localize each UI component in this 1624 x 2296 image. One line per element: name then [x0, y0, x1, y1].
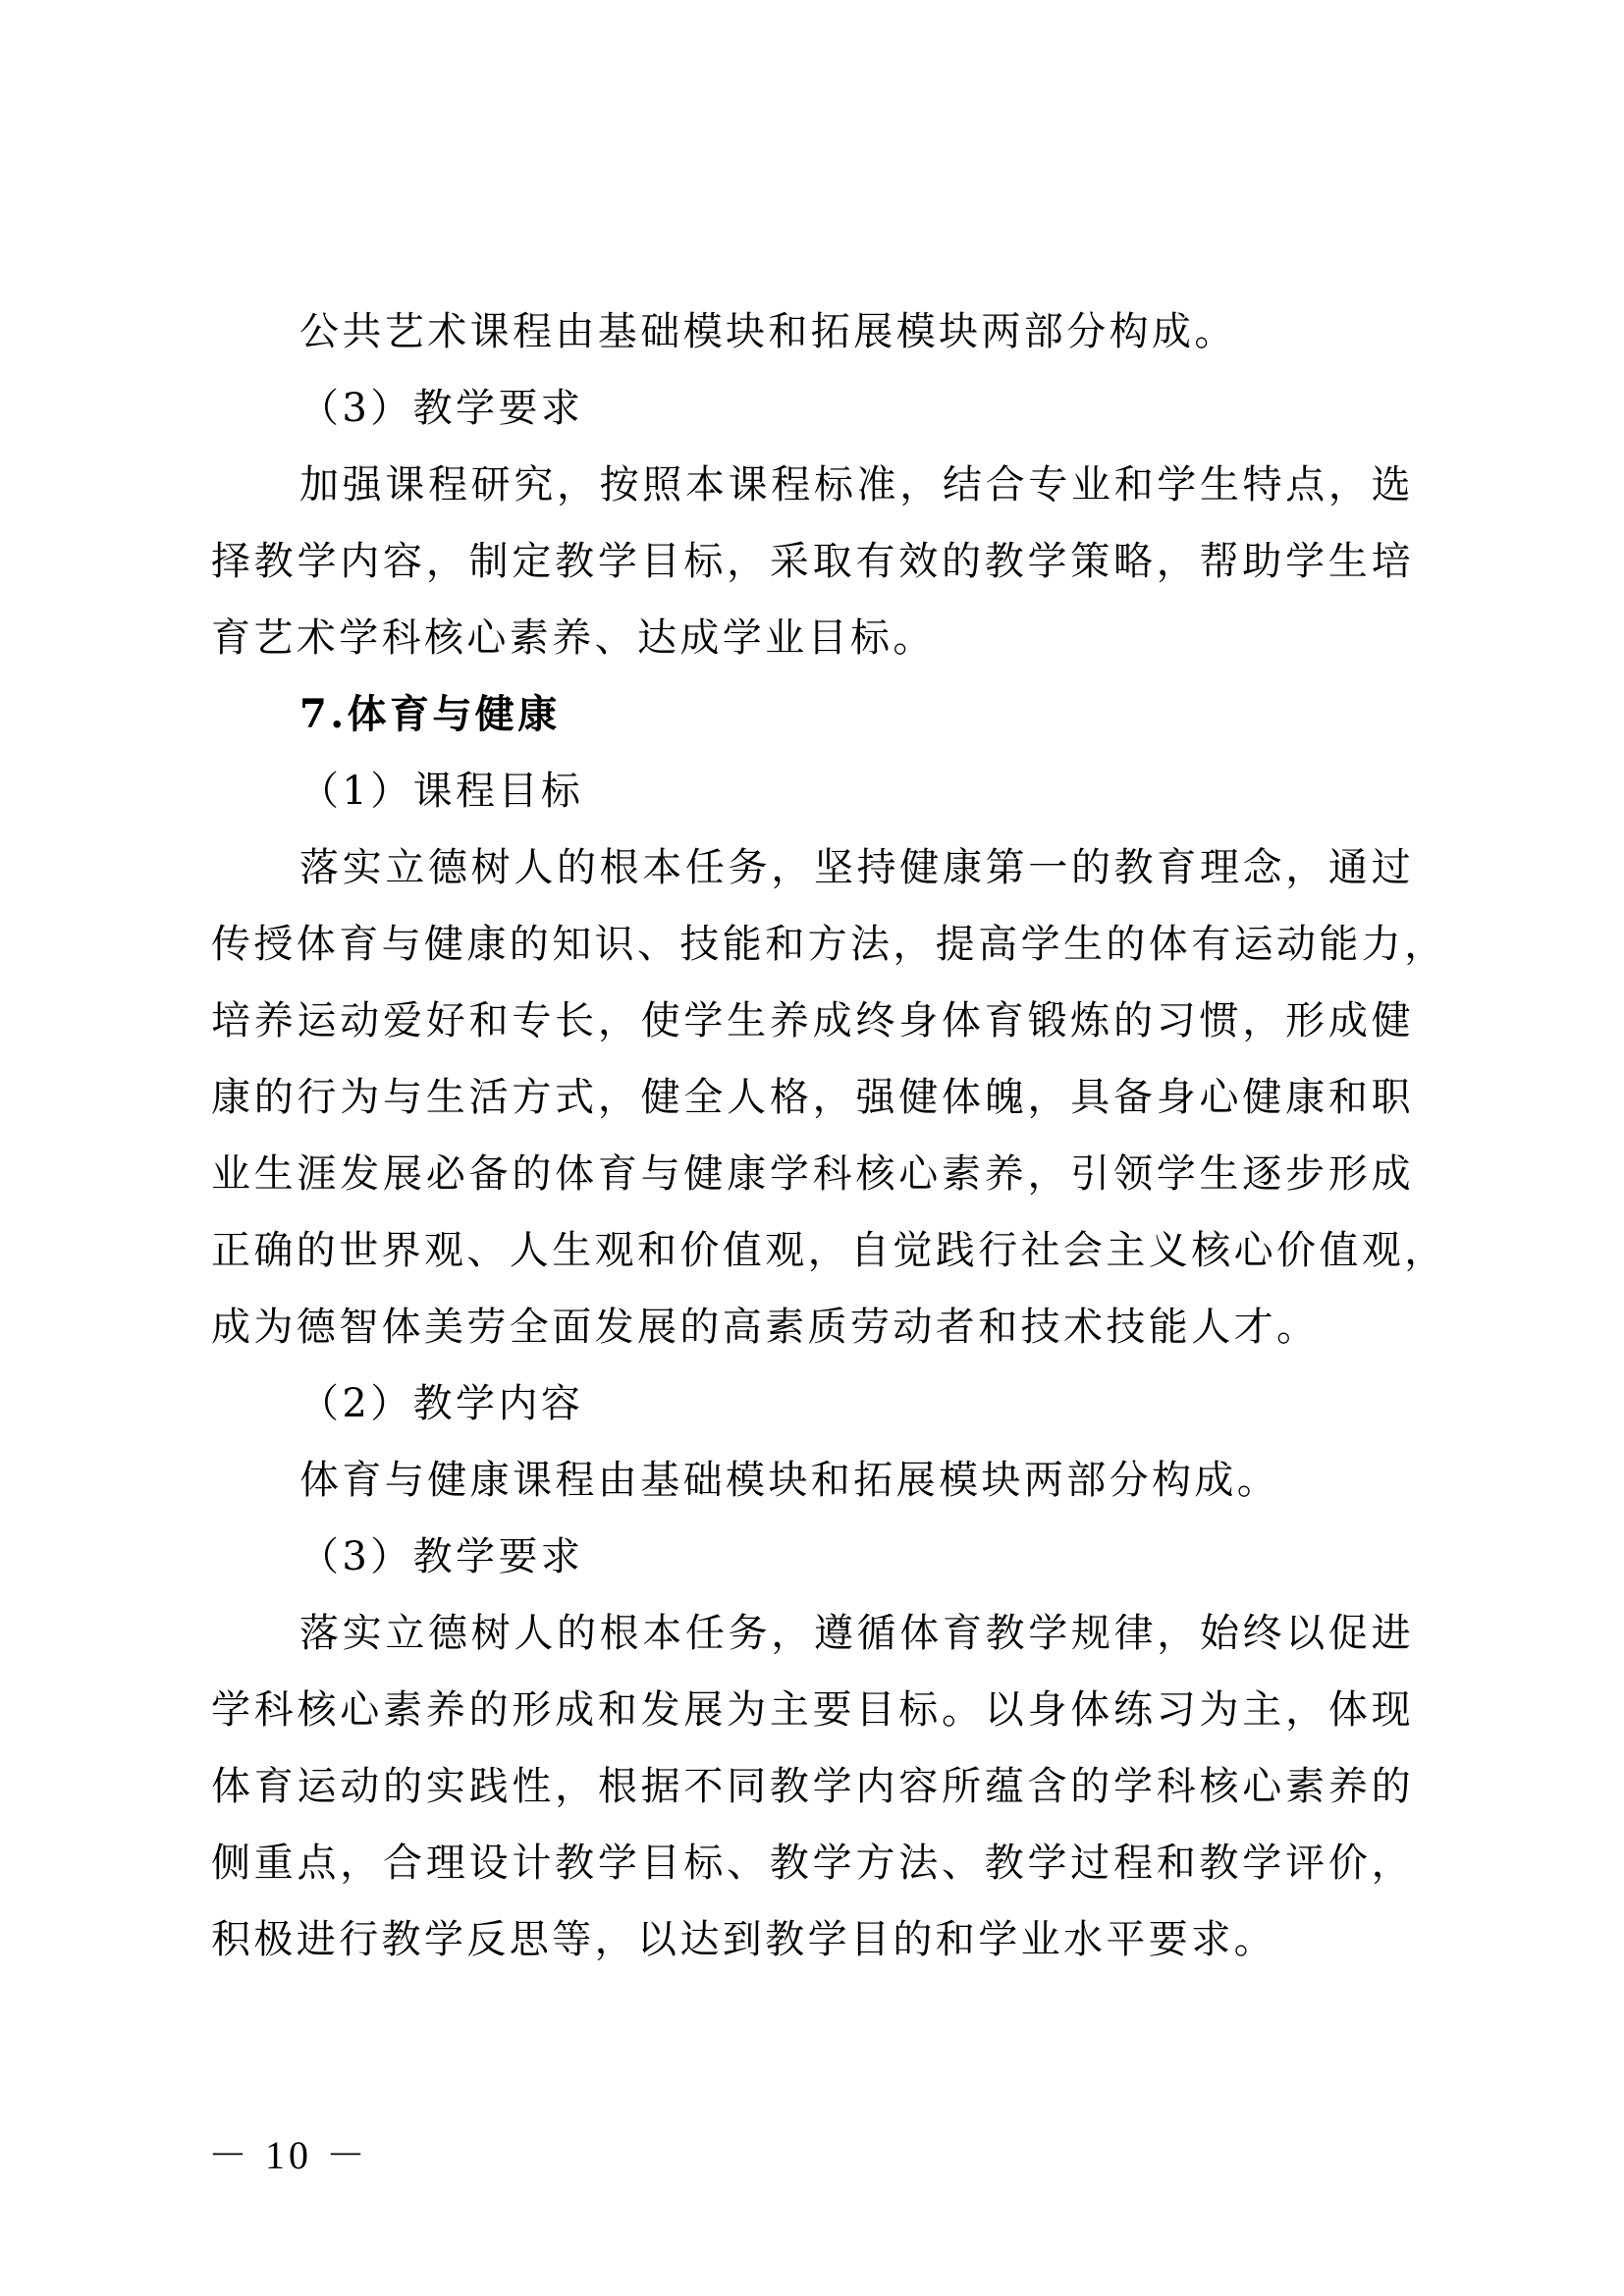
subheading-teaching-content: （2）教学内容 [211, 1376, 1414, 1453]
page-content: 公共艺术课程由基础模块和拓展模块两部分构成。 （3）教学要求 加强课程研究，按照… [211, 304, 1414, 1989]
paragraph-line: 加强课程研究，按照本课程标准，结合专业和学生特点，选 [211, 457, 1414, 534]
paragraph-line: 落实立德树人的根本任务，遵循体育教学规律，始终以促进 [211, 1606, 1414, 1682]
subheading-teaching-requirements: （3）教学要求 [211, 381, 1414, 457]
subheading-teaching-requirements: （3）教学要求 [211, 1529, 1414, 1606]
section-heading-pe-health: 7.体育与健康 [211, 687, 1414, 764]
paragraph-line: 传授体育与健康的知识、技能和方法，提高学生的体有运动能力， [211, 917, 1414, 993]
paragraph-line: 侧重点，合理设计教学目标、教学方法、教学过程和教学评价， [211, 1836, 1414, 1912]
paragraph-line: 体育与健康课程由基础模块和拓展模块两部分构成。 [211, 1453, 1414, 1529]
paragraph-line: 育艺术学科核心素养、达成学业目标。 [211, 611, 1414, 687]
page-number: － 10 － [208, 2132, 369, 2179]
paragraph-line: 落实立德树人的根本任务，坚持健康第一的教育理念，通过 [211, 840, 1414, 917]
paragraph-line: 康的行为与生活方式，健全人格，强健体魄，具备身心健康和职 [211, 1070, 1414, 1147]
paragraph-line: 体育运动的实践性，根据不同教学内容所蕴含的学科核心素养的 [211, 1759, 1414, 1836]
paragraph-line: 正确的世界观、人生观和价值观，自觉践行社会主义核心价值观， [211, 1223, 1414, 1300]
paragraph-line: 择教学内容，制定教学目标，采取有效的教学策略，帮助学生培 [211, 534, 1414, 611]
paragraph-line: 业生涯发展必备的体育与健康学科核心素养，引领学生逐步形成 [211, 1147, 1414, 1223]
paragraph-line: 学科核心素养的形成和发展为主要目标。以身体练习为主，体现 [211, 1682, 1414, 1759]
paragraph-line: 积极进行教学反思等，以达到教学目的和学业水平要求。 [211, 1912, 1414, 1989]
subheading-course-objectives: （1）课程目标 [211, 764, 1414, 840]
document-page: 公共艺术课程由基础模块和拓展模块两部分构成。 （3）教学要求 加强课程研究，按照… [0, 0, 1624, 2296]
paragraph-line: 培养运动爱好和专长，使学生养成终身体育锻炼的习惯，形成健 [211, 993, 1414, 1070]
paragraph-line: 成为德智体美劳全面发展的高素质劳动者和技术技能人才。 [211, 1300, 1414, 1376]
paragraph-line: 公共艺术课程由基础模块和拓展模块两部分构成。 [211, 304, 1414, 381]
